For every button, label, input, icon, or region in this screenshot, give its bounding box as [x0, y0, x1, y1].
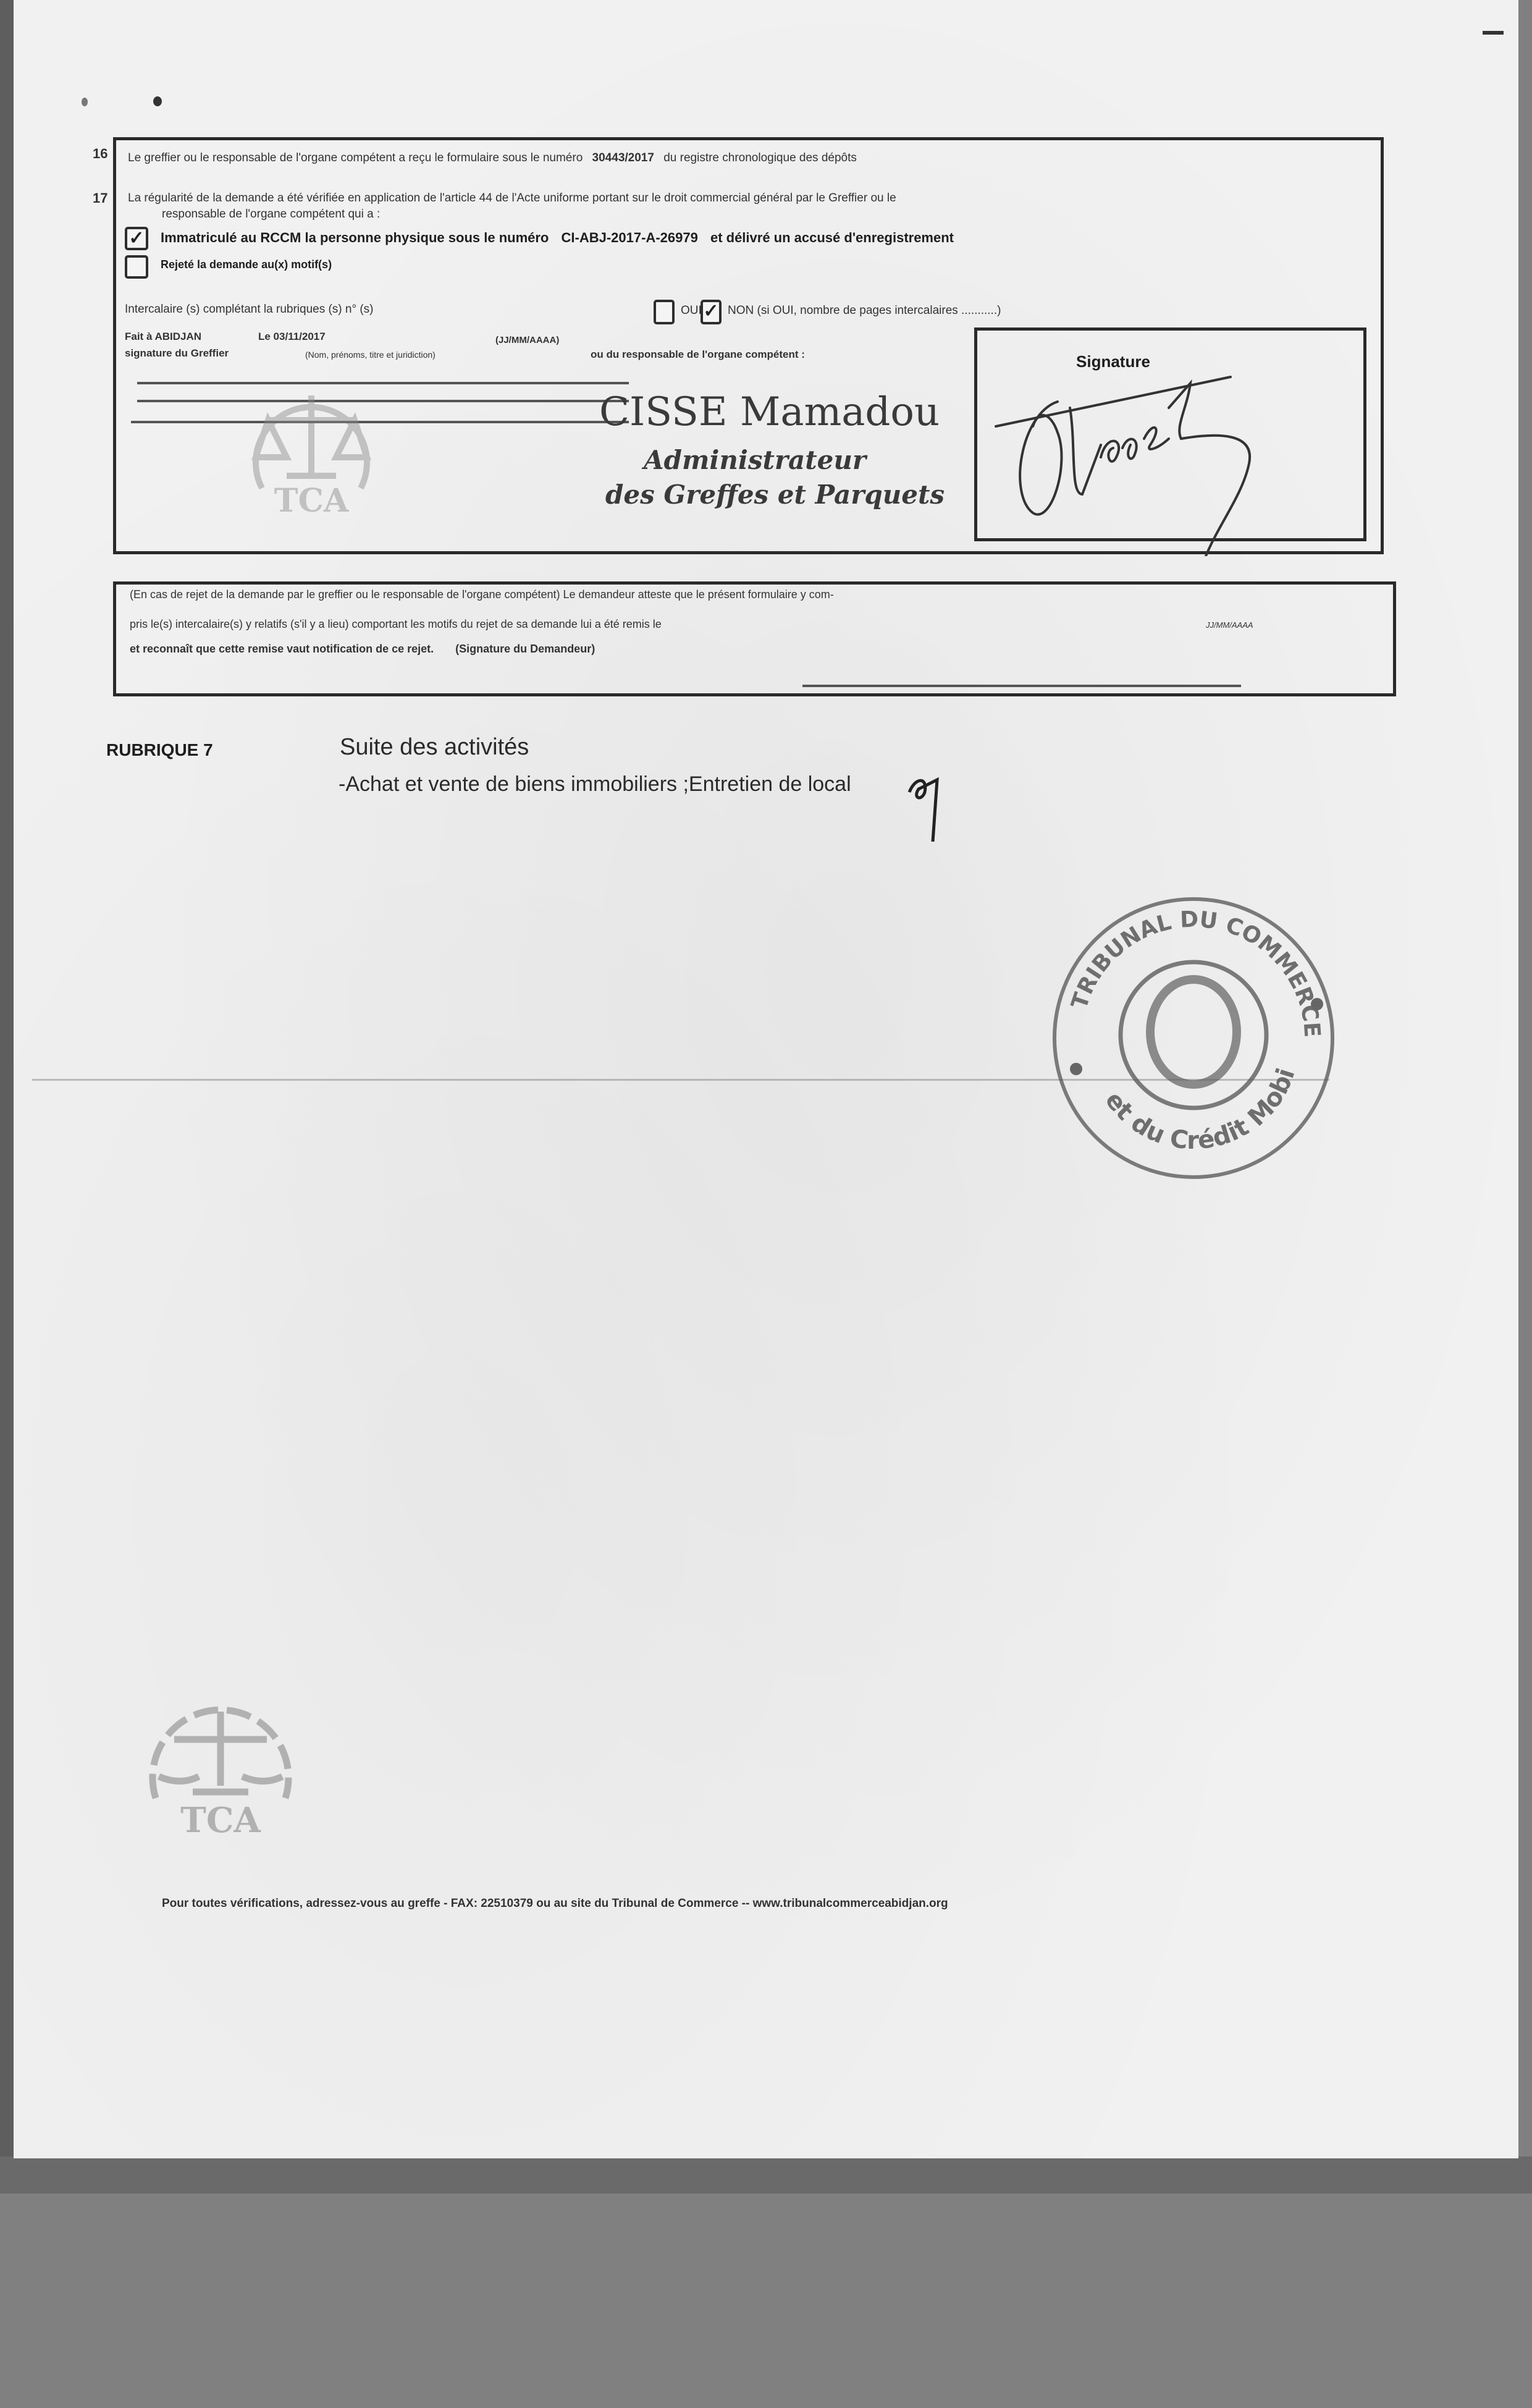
date-format-hint: (JJ/MM/AAAA): [495, 335, 559, 345]
section-17-line1: La régularité de la demande a été vérifi…: [128, 192, 896, 205]
handwritten-mark-icon: [903, 774, 946, 848]
handwritten-signature-icon: [983, 371, 1305, 556]
intercalaires-label: Intercalaire (s) complétant la rubriques…: [125, 303, 374, 316]
section-17-number: 17: [93, 190, 107, 206]
stamp-title-1: Administrateur: [644, 445, 866, 475]
tca-watermark-icon: TCA: [237, 371, 385, 519]
intercalaires-oui-label: OUI: [681, 304, 702, 318]
rejection-line-2: pris le(s) intercalaire(s) y relatifs (s…: [130, 618, 662, 631]
registered-option-label: Immatriculé au RCCM la personne physique…: [161, 230, 954, 246]
section-17-line2: responsable de l'organe compétent qui a …: [162, 208, 380, 221]
fold-line: [32, 1079, 1329, 1081]
intercalaires-oui-checkbox[interactable]: [654, 300, 675, 324]
stamp-title-2: des Greffes et Parquets: [605, 479, 945, 510]
registered-checkbox[interactable]: ✓: [125, 227, 148, 250]
svg-text:TCA: TCA: [274, 482, 349, 519]
rejection-line-3: et reconnaît que cette remise vaut notif…: [130, 643, 595, 656]
rccm-number: CI-ABJ-2017-A-26979: [562, 230, 698, 245]
rejection-date-hint: JJ/MM/AAAA: [1206, 620, 1253, 630]
rubrique-7-label: RUBRIQUE 7: [106, 740, 213, 760]
footer-verification-text: Pour toutes vérifications, adressez-vous…: [162, 1897, 948, 1911]
section-16-number: 16: [93, 146, 107, 162]
scanned-page: 16 17 Le greffier ou le responsable de l…: [14, 0, 1518, 2158]
greffier-signature-label: signature du Greffier: [125, 347, 229, 360]
demandeur-signature-hint: (Signature du Demandeur): [455, 643, 595, 655]
stamp-name: CISSE Mamadou: [599, 389, 940, 435]
responsable-label: ou du responsable de l'organe compétent …: [591, 349, 805, 361]
rubrique-7-content: -Achat et vente de biens immobiliers ;En…: [339, 772, 851, 796]
fait-a: Fait à ABIDJAN: [125, 331, 201, 343]
punch-mark: [153, 96, 162, 106]
rejected-option-label: Rejeté la demande au(x) motif(s): [161, 258, 332, 271]
svg-text:TCA: TCA: [180, 1800, 261, 1841]
intercalaires-non-checkbox[interactable]: ✓: [701, 300, 722, 324]
rubrique-7-title: Suite des activités: [340, 734, 529, 761]
rejected-checkbox[interactable]: [125, 255, 148, 279]
scan-edge-left: [0, 0, 14, 2163]
punch-mark: [82, 98, 88, 106]
intercalaires-non-label: NON (si OUI, nombre de pages intercalair…: [728, 304, 1001, 318]
tribunal-seal-icon: TRIBUNAL DU COMMERCE D'ABIDJAN et du Cré…: [1039, 884, 1348, 1193]
signature-box-label: Signature: [1076, 352, 1150, 371]
registry-number: 30443/2017: [592, 151, 654, 164]
tca-logo-icon: TCA: [137, 1693, 304, 1841]
rejection-line-1: (En cas de rejet de la demande par le gr…: [130, 588, 834, 601]
scanner-band: [0, 2157, 1532, 2194]
crop-mark: [1483, 31, 1504, 35]
section-16-text: Le greffier ou le responsable de l'organ…: [128, 151, 857, 165]
greffier-hint: (Nom, prénoms, titre et juridiction): [305, 350, 436, 360]
date: Le 03/11/2017: [258, 331, 326, 343]
demandeur-signature-line: [802, 685, 1241, 687]
